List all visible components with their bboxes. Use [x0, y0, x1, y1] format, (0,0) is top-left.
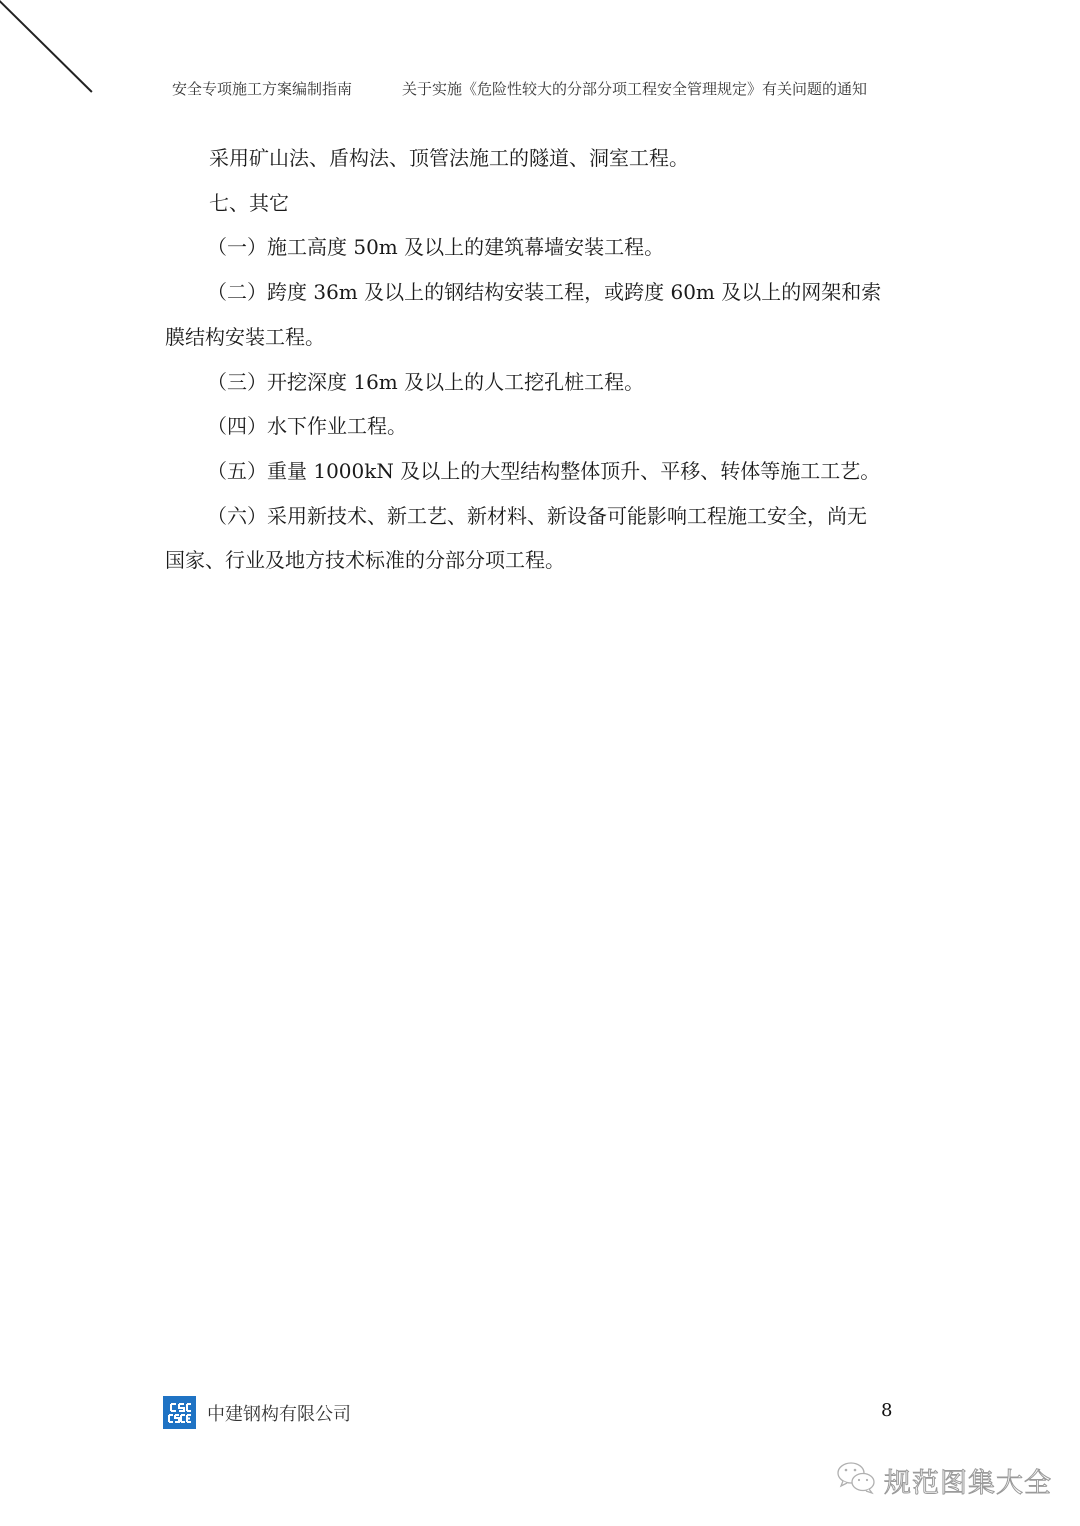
list-item: （二）跨度 36m 及以上的钢结构安装工程，或跨度 60m 及以上的网架和索	[165, 270, 925, 315]
list-item: （一）施工高度 50m 及以上的建筑幕墙安装工程。	[165, 225, 925, 270]
list-item-continuation: 国家、行业及地方技术标准的分部分项工程。	[165, 538, 925, 583]
list-item: （四）水下作业工程。	[165, 404, 925, 449]
wechat-icon	[836, 1460, 878, 1500]
cscec-logo-icon	[163, 1396, 196, 1429]
page-footer: 中建钢构有限公司 8	[163, 1396, 903, 1430]
list-item: （五）重量 1000kN 及以上的大型结构整体顶升、平移、转体等施工工艺。	[165, 449, 925, 494]
list-item: （三）开挖深度 16m 及以上的人工挖孔桩工程。	[165, 360, 925, 405]
section-heading: 七、其它	[165, 181, 925, 226]
header-guide-title: 安全专项施工方案编制指南	[172, 78, 352, 99]
watermark: 规范图集大全	[836, 1460, 1052, 1500]
page-number: 8	[881, 1400, 892, 1421]
corner-fold-line	[0, 0, 93, 93]
watermark-text: 规范图集大全	[884, 1461, 1052, 1500]
document-body: 采用矿山法、盾构法、顶管法施工的隧道、洞室工程。 七、其它 （一）施工高度 50…	[165, 136, 925, 583]
page-header: 安全专项施工方案编制指南 关于实施《危险性较大的分部分项工程安全管理规定》有关问…	[172, 78, 912, 100]
list-item-continuation: 膜结构安装工程。	[165, 315, 925, 360]
list-item: （六）采用新技术、新工艺、新材料、新设备可能影响工程施工安全，尚无	[165, 494, 925, 539]
header-notice-title: 关于实施《危险性较大的分部分项工程安全管理规定》有关问题的通知	[402, 78, 867, 99]
company-name: 中建钢构有限公司	[207, 1400, 351, 1426]
paragraph: 采用矿山法、盾构法、顶管法施工的隧道、洞室工程。	[165, 136, 925, 181]
